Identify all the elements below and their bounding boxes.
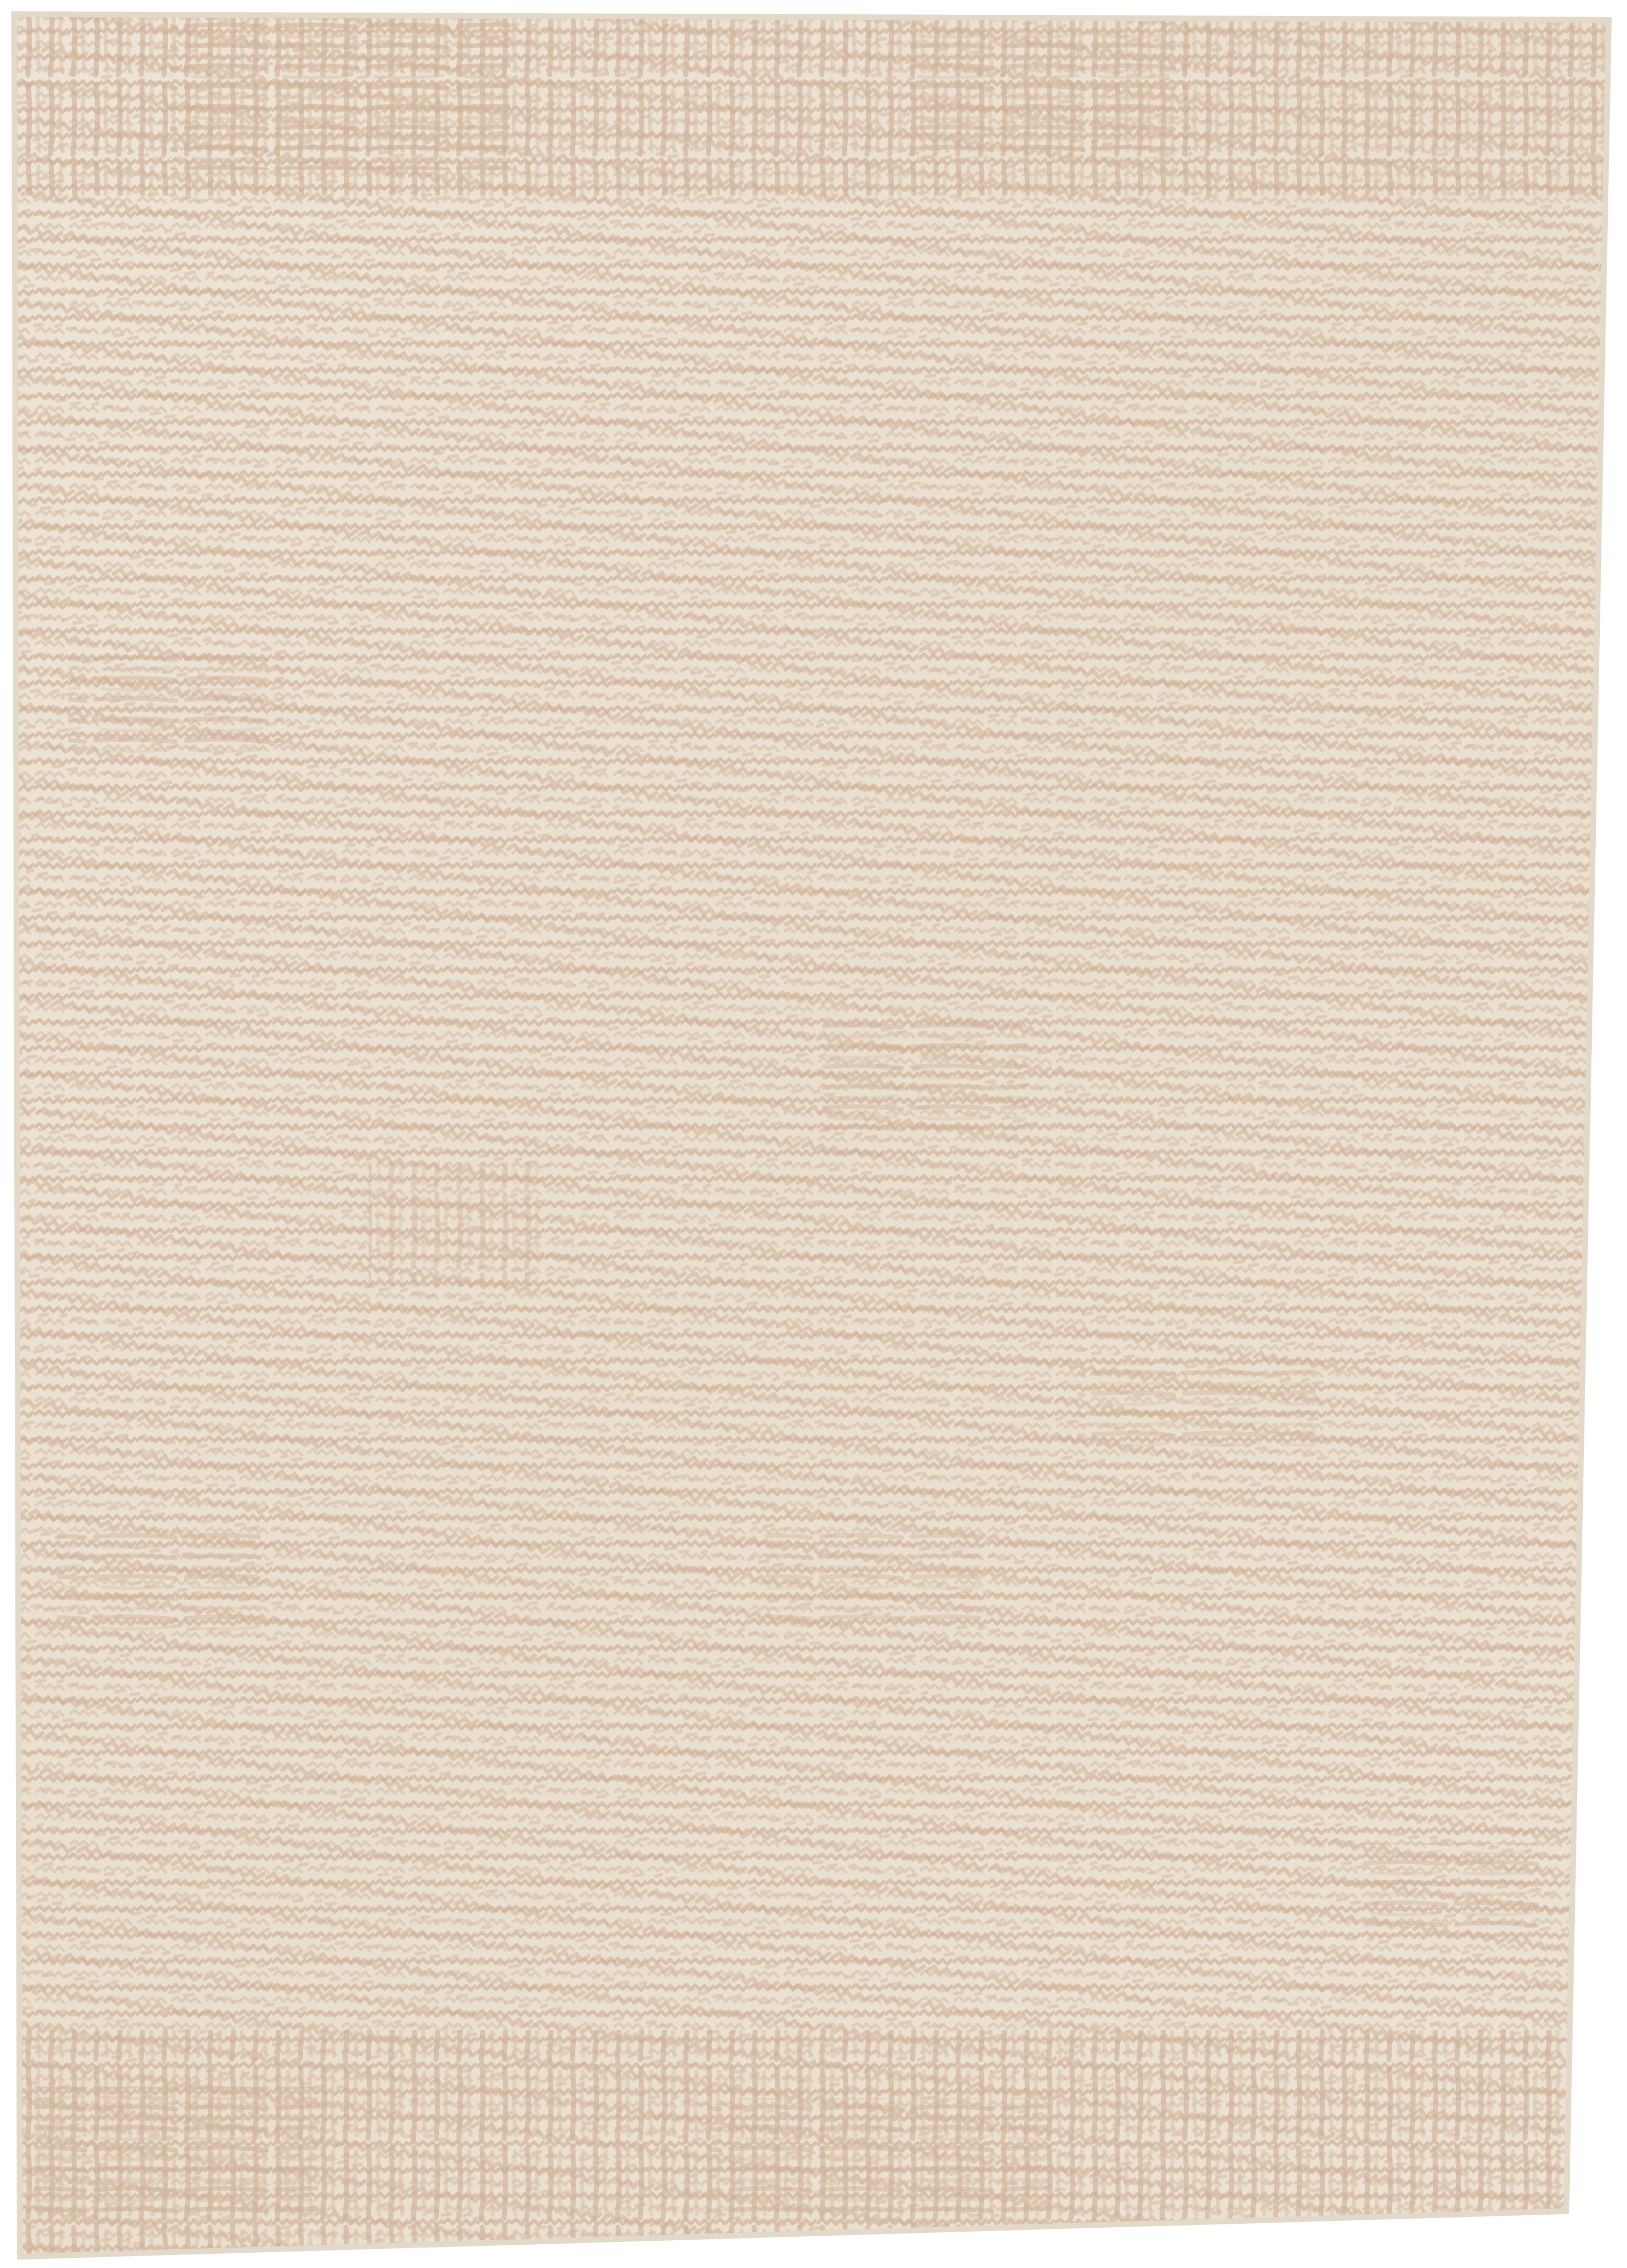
rug-body xyxy=(0,0,1627,2268)
rug-photo xyxy=(0,0,1627,2268)
